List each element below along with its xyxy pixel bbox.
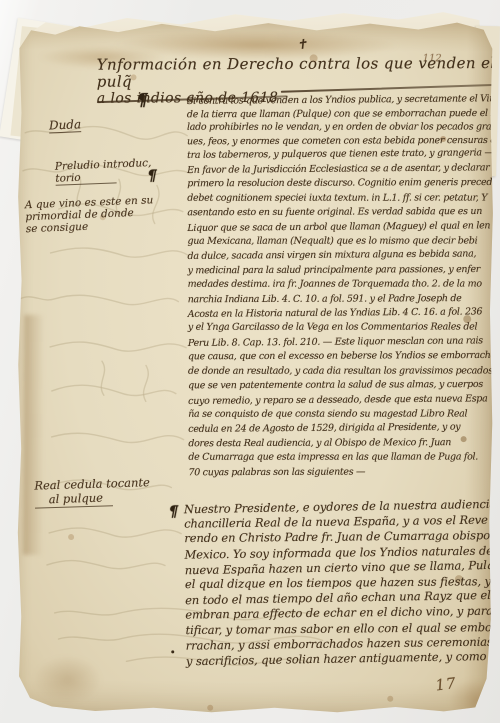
foxing-spots: [12, 15, 16, 19]
text-line: Si contra los que venden a los Yndios pu…: [187, 92, 489, 108]
manuscript-page: ✝ 112 Ynformación en Derecho contra los …: [8, 15, 496, 718]
text-line: al pulque: [35, 490, 114, 508]
ink-spot: [171, 650, 174, 653]
text-line: de la tierra que llaman (Pulque) con que…: [187, 107, 489, 122]
text-line: primero la resolucion deste discurso. Co…: [187, 176, 489, 192]
body-paragraph-2: En favor de la Jurisdicción Ecclesiastic…: [187, 162, 490, 480]
text-line: torio: [55, 170, 117, 185]
text-line: En favor de la Jurisdicción Ecclesiastic…: [187, 161, 489, 178]
margin-note-vino: A que vino es este en suprimordial de do…: [25, 194, 156, 235]
text-line: que se ven patentemente contra la salud …: [188, 378, 490, 394]
paragraph-mark: ¶: [137, 90, 148, 110]
text-line: que causa, que con el excesso en beberse…: [188, 349, 490, 365]
text-line: lado prohibirles no le vendan, y en orde…: [187, 121, 489, 135]
text-line: de Cumarraga que esta impressa en las qu…: [188, 451, 490, 466]
body-paragraph-1: Si contra los que venden a los Yndios pu…: [187, 93, 489, 162]
text-line: tra los taberneros, y pulqueros que tien…: [187, 147, 489, 163]
text-line: cedula en 24 de Agosto de 1529, dirigida…: [188, 421, 490, 438]
text-line: y el Ynga Garcilasso de la Vega en los C…: [188, 321, 490, 336]
text-line: 70 cuyas palabras son las siguientes —: [188, 464, 490, 480]
ink-layer: ✝ 112 Ynformación en Derecho contra los …: [8, 15, 495, 717]
cross-mark: ✝: [296, 37, 309, 53]
text-line: tificar, y tomar mas sabor en ello con e…: [185, 620, 487, 638]
text-line: Liquor que se saca de un arbol que llama…: [187, 219, 489, 236]
text-line: asentando esto en su fuente original. Es…: [187, 205, 489, 221]
photo-backdrop: ✝ 112 Ynformación en Derecho contra los …: [0, 0, 500, 723]
body-paragraph-3: Nuestro Presidente, e oydores de la nues…: [184, 498, 488, 669]
text-line: debet cognitionem speciei iuxta textum. …: [187, 191, 489, 206]
paragraph-mark: ¶: [169, 502, 179, 520]
text-line: de donde an resultado, y cada dia result…: [188, 364, 490, 379]
folio-number: 17: [434, 674, 457, 695]
text-line: cuyo remedio, y reparo se a desseado, de…: [188, 392, 490, 409]
text-line: Peru Lib. 8. Cap. 13. fol. 210. — Este l…: [188, 334, 490, 351]
text-line: dores desta Real audiencia, y al Obispo …: [188, 436, 490, 452]
text-line: medades destima. ira fr. Joannes de Torq…: [188, 278, 490, 293]
text-line: y medicinal para la salud principalmente…: [188, 263, 490, 279]
margin-note-real-cedula: Real cedula tocanteal pulque: [34, 475, 165, 509]
paragraph-mark: ¶: [147, 166, 157, 184]
margin-note-duda: Duda: [49, 118, 82, 133]
